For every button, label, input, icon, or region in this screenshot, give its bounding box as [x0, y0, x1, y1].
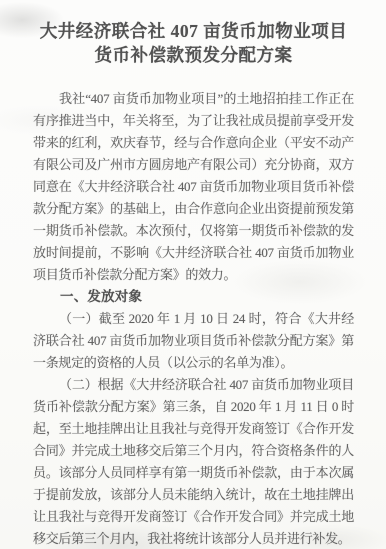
item-2-paragraph: （二）根据《大井经济联合社 407 亩货币加物业项目货币补偿款分配方案》第三条，…	[33, 374, 354, 549]
item-1-paragraph: （一）截至 2020 年 1 月 10 日 24 时，符合《大井经济联合社 40…	[33, 308, 354, 374]
document-title-line-2: 货币补偿款预发分配方案	[33, 43, 354, 67]
intro-paragraph: 我社“407 亩货币加物业项目”的土地招拍挂工作正在有序推进当中，年关将至，为了…	[33, 88, 354, 286]
document-title: 大井经济联合社 407 亩货币加物业项目 货币补偿款预发分配方案	[33, 19, 354, 67]
document-title-line-1: 大井经济联合社 407 亩货币加物业项目	[33, 19, 354, 43]
scanned-document-page: 大井经济联合社 407 亩货币加物业项目 货币补偿款预发分配方案 我社“407 …	[0, 0, 386, 549]
section-heading-distribution-targets: 一、发放对象	[33, 286, 354, 308]
